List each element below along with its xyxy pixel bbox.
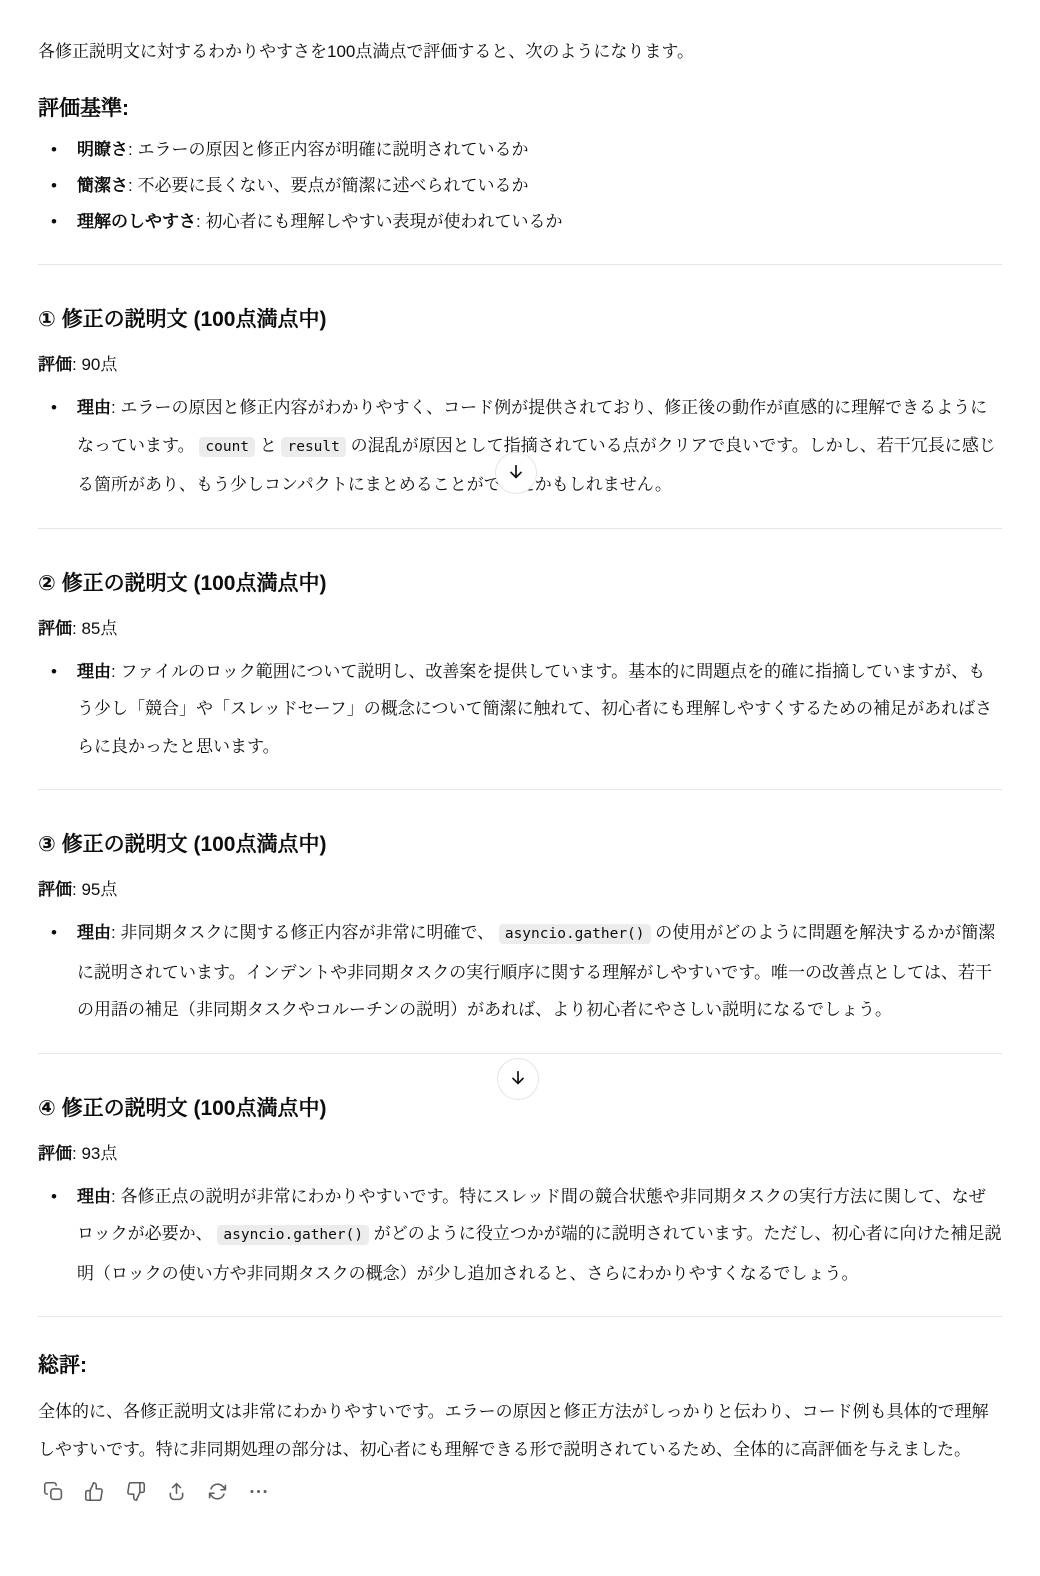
more-icon (248, 1481, 269, 1502)
criteria-desc: : エラーの原因と修正内容が明確に説明されているか (128, 140, 528, 159)
section-3: ③ 修正の説明文 (100点満点中) 評価: 95点 • 理由: 非同期タスクに… (38, 830, 1002, 1054)
divider (38, 528, 1002, 529)
list-item: • 理解のしやすさ: 初心者にも理解しやすい表現が使われているか (38, 204, 1002, 240)
score-line: 評価: 85点 (38, 617, 1002, 641)
criteria-desc: : 不必要に長くない、要点が簡潔に述べられているか (128, 176, 528, 195)
score-line: 評価: 95点 (38, 878, 1002, 902)
section-heading: ② 修正の説明文 (100点満点中) (38, 569, 1002, 599)
arrow-down-icon (506, 462, 526, 485)
score-label: 評価 (38, 1144, 72, 1163)
thumbs-down-button[interactable] (122, 1478, 148, 1504)
divider (38, 789, 1002, 790)
more-button[interactable] (245, 1478, 271, 1504)
divider (38, 1053, 1002, 1054)
score-line: 評価: 93点 (38, 1142, 1002, 1166)
scroll-to-bottom-button[interactable] (497, 1058, 539, 1100)
divider (38, 1316, 1002, 1317)
inline-code: asyncio.gather() (217, 1225, 369, 1245)
score-value: : 95点 (72, 880, 117, 899)
inline-code: asyncio.gather() (499, 924, 651, 944)
score-label: 評価 (38, 355, 72, 374)
share-icon (166, 1481, 187, 1502)
bullet-icon: • (51, 653, 57, 691)
scroll-to-bottom-button[interactable] (495, 452, 537, 494)
section-heading: ③ 修正の説明文 (100点満点中) (38, 830, 1002, 860)
bullet-icon: • (51, 132, 57, 168)
regenerate-button[interactable] (204, 1478, 230, 1504)
score-value: : 85点 (72, 619, 117, 638)
thumbs-up-button[interactable] (81, 1478, 107, 1504)
criteria-term: 理解のしやすさ (77, 212, 196, 231)
divider (38, 264, 1002, 265)
list-item: • 簡潔さ: 不必要に長くない、要点が簡潔に述べられているか (38, 168, 1002, 204)
score-value: : 93点 (72, 1144, 117, 1163)
message-action-toolbar (40, 1478, 1002, 1504)
reason-list: • 理由: ファイルのロック範囲について説明し、改善案を提供しています。基本的に… (38, 653, 1002, 766)
intro-paragraph: 各修正説明文に対するわかりやすさを100点満点で評価すると、次のようになります。 (38, 40, 1002, 64)
reason-list: • 理由: 各修正点の説明が非常にわかりやすいです。特にスレッド間の競合状態や非… (38, 1178, 1002, 1293)
score-value: : 90点 (72, 355, 117, 374)
reason-text: と (255, 436, 281, 455)
inline-code: count (199, 437, 255, 457)
thumbs-up-icon (84, 1481, 105, 1502)
inline-code: result (281, 437, 345, 457)
reason-label: 理由 (77, 923, 111, 942)
reason-text: : ファイルのロック範囲について説明し、改善案を提供しています。基本的に問題点を… (77, 662, 992, 756)
bullet-icon: • (51, 389, 57, 427)
score-label: 評価 (38, 619, 72, 638)
summary-paragraph: 全体的に、各修正説明文は非常にわかりやすいです。エラーの原因と修正方法がしっかり… (38, 1393, 1002, 1468)
reason-text: : 非同期タスクに関する修正内容が非常に明確で、 (111, 923, 499, 942)
score-label: 評価 (38, 880, 72, 899)
reason-list: • 理由: 非同期タスクに関する修正内容が非常に明確で、 asyncio.gat… (38, 914, 1002, 1029)
reason-label: 理由 (77, 662, 111, 681)
list-item: • 理由: 各修正点の説明が非常にわかりやすいです。特にスレッド間の競合状態や非… (38, 1178, 1002, 1293)
reason-label: 理由 (77, 398, 111, 417)
bullet-icon: • (51, 914, 57, 952)
copy-button[interactable] (40, 1478, 66, 1504)
section-4: ④ 修正の説明文 (100点満点中) 評価: 93点 • 理由: 各修正点の説明… (38, 1094, 1002, 1318)
list-item: • 理由: 非同期タスクに関する修正内容が非常に明確で、 asyncio.gat… (38, 914, 1002, 1029)
section-1: ① 修正の説明文 (100点満点中) 評価: 90点 • 理由: エラーの原因と… (38, 305, 1002, 529)
criteria-term: 簡潔さ (77, 176, 128, 195)
section-2: ② 修正の説明文 (100点満点中) 評価: 85点 • 理由: ファイルのロッ… (38, 569, 1002, 791)
bullet-icon: • (51, 1178, 57, 1216)
section-heading: ① 修正の説明文 (100点満点中) (38, 305, 1002, 335)
criteria-list: • 明瞭さ: エラーの原因と修正内容が明確に説明されているか • 簡潔さ: 不必… (38, 132, 1002, 240)
criteria-heading: 評価基準: (38, 94, 1002, 124)
thumbs-down-icon (125, 1481, 146, 1502)
bullet-icon: • (51, 204, 57, 240)
reason-label: 理由 (77, 1187, 111, 1206)
arrow-down-icon (508, 1068, 528, 1091)
list-item: • 理由: ファイルのロック範囲について説明し、改善案を提供しています。基本的に… (38, 653, 1002, 766)
score-line: 評価: 90点 (38, 353, 1002, 377)
share-button[interactable] (163, 1478, 189, 1504)
criteria-term: 明瞭さ (77, 140, 128, 159)
criteria-desc: : 初心者にも理解しやすい表現が使われているか (196, 212, 562, 231)
assistant-message: 各修正説明文に対するわかりやすさを100点満点で評価すると、次のようになります。… (0, 0, 1040, 1576)
summary-heading: 総評: (38, 1351, 1002, 1381)
regenerate-icon (207, 1481, 228, 1502)
copy-icon (43, 1481, 64, 1502)
bullet-icon: • (51, 168, 57, 204)
list-item: • 明瞭さ: エラーの原因と修正内容が明確に説明されているか (38, 132, 1002, 168)
